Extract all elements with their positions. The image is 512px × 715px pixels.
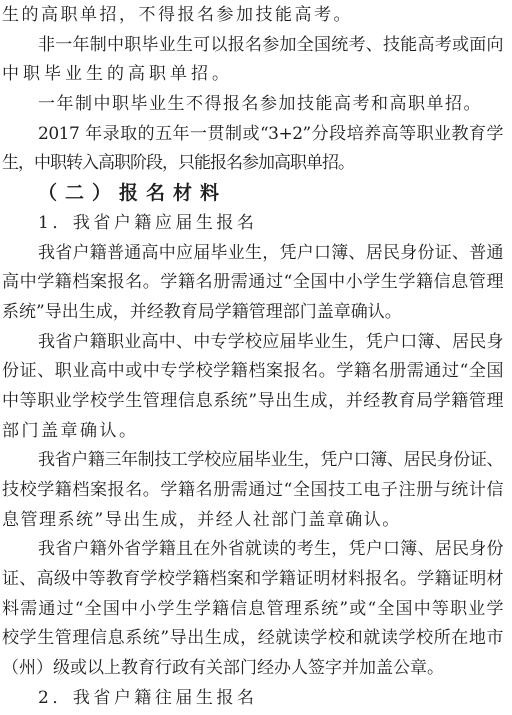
- text-line: 生，中职转入高职阶段，只能报名参加高职单招。: [2, 149, 503, 179]
- section-heading: （二）报名材料: [2, 179, 503, 209]
- text-line: 高中学籍档案报名。学籍名册需通过“全国中小学生学籍信息管理: [2, 268, 503, 298]
- text-line: 中职毕业生的高职单招。: [2, 60, 503, 90]
- text-line: 2017 年录取的五年一贯制或“3+2”分段培养高等职业教育学: [2, 120, 503, 150]
- numbered-item: 2．我省户籍往届生报名: [2, 684, 503, 714]
- text-line: 一年制中职毕业生不得报名参加技能高考和高职单招。: [2, 90, 503, 120]
- text-line: 我省户籍三年制技工学校应届毕业生，凭户口簿、居民身份证、: [2, 446, 503, 476]
- text-line: 份证、职业高中或中专学校学籍档案报名。学籍名册需通过“全国: [2, 357, 503, 387]
- text-line: 我省户籍外省学籍且在外省就读的考生，凭户口簿、居民身份: [2, 535, 503, 565]
- text-line: 我省户籍普通高中应届毕业生，凭户口簿、居民身份证、普通: [2, 239, 503, 269]
- text-line: 我省户籍职业高中、中专学校应届毕业生，凭户口簿、居民身: [2, 328, 503, 358]
- text-line: （州）级或以上教育行政有关部门经办人签字并加盖公章。: [2, 654, 503, 684]
- text-line: 技校学籍档案报名。学籍名册需通过“全国技工电子注册与统计信: [2, 476, 503, 506]
- text-line: 系统”导出生成，并经教育局学籍管理部门盖章确认。: [2, 298, 503, 328]
- numbered-item: 1．我省户籍应届生报名: [2, 209, 503, 239]
- text-line: 证、高级中等教育学校学籍档案和学籍证明材料报名。学籍证明材: [2, 565, 503, 595]
- text-line: 非一年制中职毕业生可以报名参加全国统考、技能高考或面向: [2, 31, 503, 61]
- text-line: 部门盖章确认。: [2, 417, 503, 447]
- text-line: 中等职业学校学生管理信息系统”导出生成，并经教育局学籍管理: [2, 387, 503, 417]
- text-line: 料需通过“全国中小学生学籍信息管理系统”或“全国中等职业学: [2, 595, 503, 625]
- text-line: 校学生管理信息系统”导出生成，经就读学校和就读学校所在地市: [2, 624, 503, 654]
- text-line: 生的高职单招，不得报名参加技能高考。: [2, 1, 503, 31]
- document-page: 生的高职单招，不得报名参加技能高考。 非一年制中职毕业生可以报名参加全国统考、技…: [0, 0, 512, 715]
- text-line: 息管理系统”导出生成，并经人社部门盖章确认。: [2, 506, 503, 536]
